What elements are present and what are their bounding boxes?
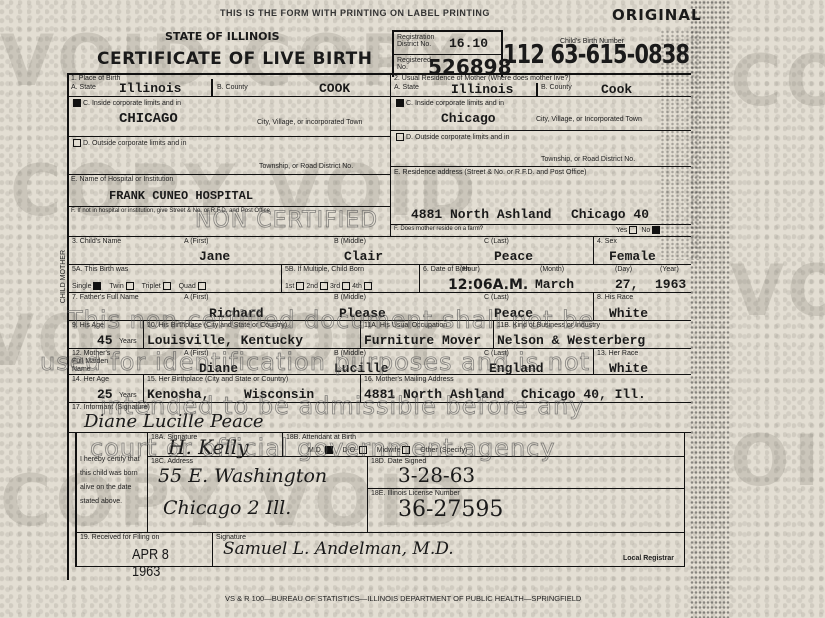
date-signed-value: 3-28-63 (398, 463, 475, 487)
mother-state-value: Illinois (451, 82, 513, 97)
birth-state-value: Illinois (119, 81, 181, 96)
mother-county-value: Cook (601, 82, 632, 97)
first-order-label: 1st (285, 283, 294, 290)
twin-checkbox[interactable] (126, 282, 134, 290)
state-title: STATE OF ILLINOIS (165, 30, 280, 43)
section-1-label: 1. Place of Birth (71, 75, 120, 82)
father-industry: Nelson & Westerberg (497, 333, 645, 348)
original-label: ORIGINAL (612, 6, 702, 24)
second-order-checkbox[interactable] (320, 282, 328, 290)
birth-year: 1963 (655, 277, 686, 292)
father-last-name: Peace (494, 306, 533, 321)
date-signed-cell: 18D. Date Signed 3-28-63 (368, 457, 685, 489)
state-label: A. State (71, 84, 96, 91)
quad-label: Quad (179, 283, 196, 290)
registration-box: Registration District No. 16.10 Register… (392, 30, 503, 77)
triplet-checkbox[interactable] (163, 282, 171, 290)
mother-name-row: 12. Mother's Full Maiden Name A (First) … (69, 349, 594, 375)
father-birthplace-label: 10. His Birthplace (City and State or Co… (147, 322, 287, 329)
last-label: C (Last) (484, 238, 509, 245)
single-checkbox[interactable] (93, 282, 101, 290)
birth-type-label: 5A. This Birth was (72, 266, 128, 273)
township-label: Township, or Road District No. (259, 163, 353, 170)
hour-label: (Hour) (460, 266, 480, 273)
years-label: Years (119, 338, 137, 345)
middle-label: B (Middle) (334, 238, 366, 245)
mother-first-name: Diane (199, 361, 238, 376)
section-2-label: 2. Usual Residence of Mother (Where does… (394, 75, 571, 82)
birth-month: March (535, 277, 574, 292)
middle-label: B (Middle) (334, 350, 366, 357)
first-label: A (First) (184, 294, 209, 301)
midwife-checkbox[interactable] (402, 446, 410, 454)
inside-limits-label: C. Inside corporate limits and in (83, 100, 181, 107)
hospital-label: E. Name of Hospital or Institution (71, 176, 173, 183)
mother-name-label: 12. Mother's Full Maiden Name (72, 350, 122, 374)
license-cell: 18E. Illinois License Number 36-27595 (368, 489, 685, 533)
not-in-hospital-label: F. If not in hospital or institution, gi… (71, 208, 270, 214)
hospital-row: E. Name of Hospital or Institution FRANK… (69, 175, 391, 207)
quad-checkbox[interactable] (198, 282, 206, 290)
years-label: Years (119, 392, 137, 399)
mother-address-city-value: Chicago 40 (571, 207, 649, 222)
third-order-label: 3rd (330, 283, 340, 290)
last-label: C (Last) (484, 350, 509, 357)
birth-city-value: CHICAGO (119, 111, 178, 127)
fourth-order-label: 4th (352, 283, 362, 290)
county-label: B. County (217, 84, 248, 91)
license-label: 18E. Illinois License Number (371, 490, 460, 497)
mother-inside-limits-checkbox[interactable] (396, 99, 404, 107)
address-label: 18C. Address (151, 458, 193, 465)
birth-hour: 12:06A.M. (448, 277, 528, 293)
mother-race-label: 13. Her Race (597, 350, 638, 357)
city-label: City, Village, or Incorporated Town (536, 116, 642, 123)
certificate-title: CERTIFICATE OF LIVE BIRTH (97, 49, 372, 69)
month-label: (Month) (540, 266, 564, 273)
certificate-form: 1. Place of Birth A. State Illinois B. C… (67, 73, 691, 580)
father-birthplace: Louisville, Kentucky (147, 333, 303, 348)
mother-race-cell: 13. Her Race White (594, 349, 691, 375)
father-middle-name: Please (339, 306, 386, 321)
mother-inside-limits-row: C. Inside corporate limits and in Chicag… (391, 97, 691, 131)
divider (536, 83, 538, 97)
midwife-label: Midwife (377, 447, 401, 454)
local-registrar-label: Local Registrar (623, 555, 674, 562)
child-middle-name: Clair (344, 249, 383, 264)
father-occupation-cell: 11A. His Usual Occupation Furniture Move… (361, 321, 494, 349)
mother-mailing-cell: 16. Mother's Mailing Address 4881 North … (361, 375, 691, 403)
registration-district-value: 16.10 (449, 36, 488, 51)
informant-signature: Diane Lucille Peace (84, 411, 264, 432)
father-race-label: 8. His Race (597, 294, 633, 301)
father-occupation-label: 11A. His Usual Occupation (364, 322, 447, 329)
outside-limits-checkbox[interactable] (73, 139, 81, 147)
inside-limits-label: C. Inside corporate limits and in (406, 100, 504, 107)
middle-label: B (Middle) (334, 294, 366, 301)
outside-limits-row: D. Outside corporate limits and in Towns… (69, 137, 391, 175)
mother-mailing-city: Chicago 40, Ill. (521, 387, 646, 402)
state-label: A. State (394, 84, 419, 91)
single-label: Single (72, 283, 91, 290)
county-label: B. County (541, 84, 572, 91)
fourth-order-checkbox[interactable] (364, 282, 372, 290)
date-of-birth-cell: 6. Date of Birth (Hour) (Month) (Day) (Y… (420, 265, 691, 293)
sex-label: 4. Sex (597, 238, 617, 245)
attendant-cell: 18B. Attendant at Birth M.D. D.O. Midwif… (283, 433, 685, 457)
child-first-name: Jane (199, 249, 230, 264)
father-industry-label: 11B. Kind of Business or Industry (497, 322, 600, 329)
physician-address-line2: Chicago 2 Ill. (163, 497, 291, 519)
father-name-row: 7. Father's Full Name A (First) B (Middl… (69, 293, 594, 321)
farm-yes-checkbox[interactable] (629, 226, 637, 234)
mother-address-row: E. Residence address (Street & No. or R.… (391, 167, 691, 225)
no-label: No (641, 227, 650, 234)
first-label: A (First) (184, 238, 209, 245)
mother-outside-limits-row: D. Outside corporate limits and in Towns… (391, 131, 691, 167)
received-date: APR 8 1963 (132, 546, 200, 580)
mother-birthplace-cell: 15. Her Birthplace (City and State or Co… (144, 375, 361, 403)
birth-number-value: 112 63-615-0838 (503, 40, 689, 70)
child-last-name: Peace (494, 249, 533, 264)
form-footer: VS & R 100—BUREAU OF STATISTICS—ILLINOIS… (225, 594, 581, 603)
twin-label: Twin (109, 283, 123, 290)
not-in-hospital-row: F. If not in hospital or institution, gi… (69, 207, 391, 237)
md-checkbox[interactable] (325, 446, 333, 454)
physician-signature-cell: 18A. Signature H. Kelly (148, 433, 283, 457)
year-label: (Year) (660, 266, 679, 273)
license-value: 36-27595 (398, 497, 503, 522)
side-label: CHILD MOTHER (60, 250, 67, 303)
inside-limits-row: C. Inside corporate limits and in CHICAG… (69, 97, 391, 137)
registrar-cell: Signature Samuel L. Andelman, M.D. Local… (213, 533, 685, 567)
hospital-value: FRANK CUNEO HOSPITAL (109, 189, 253, 203)
father-first-name: Richard (209, 306, 264, 321)
child-name-label: 3. Child's Name (72, 238, 121, 245)
father-age-cell: 9. His Age 45 Years (69, 321, 144, 349)
first-order-checkbox[interactable] (296, 282, 304, 290)
last-label: C (Last) (484, 294, 509, 301)
md-label: M.D. (308, 447, 323, 454)
second-order-label: 2nd (306, 283, 318, 290)
township-label: Township, or Road District No. (541, 156, 635, 163)
father-name-label: 7. Father's Full Name (72, 294, 139, 301)
top-line-text: THIS IS THE FORM WITH PRINTING ON LABEL … (220, 8, 490, 18)
birth-day: 27, (615, 277, 638, 292)
received-label: 19. Received for Filing on (80, 534, 159, 541)
inside-limits-checkbox[interactable] (73, 99, 81, 107)
farm-row: F. Does mother reside on a farm? Yes No (391, 225, 691, 237)
day-label: (Day) (615, 266, 632, 273)
city-label: City, Village, or incorporated Town (257, 119, 362, 126)
outside-limits-label: D. Outside corporate limits and in (83, 140, 187, 147)
registration-district-label: Registration District No. (397, 34, 437, 48)
mother-mailing-label: 16. Mother's Mailing Address (364, 376, 454, 383)
divider (211, 79, 213, 97)
multiple-birth-label: 5B. If Multiple, Child Born (285, 266, 364, 273)
mother-race: White (609, 361, 648, 376)
father-race: White (609, 306, 648, 321)
address-label: E. Residence address (Street & No. or R.… (394, 169, 586, 176)
physician-address-cell: 18C. Address 55 E. Washington Chicago 2 … (148, 457, 368, 533)
child-name-row: 3. Child's Name A (First) B (Middle) C (… (69, 237, 594, 265)
third-order-checkbox[interactable] (342, 282, 350, 290)
father-industry-cell: 11B. Kind of Business or Industry Nelson… (494, 321, 691, 349)
birth-type-cell: 5A. This Birth was Single Twin Triplet Q… (69, 265, 282, 293)
mother-last-name: England (489, 361, 544, 376)
first-label: A (First) (184, 350, 209, 357)
father-race-cell: 8. His Race White (594, 293, 691, 321)
certify-statement: I hereby certify that this child was bor… (80, 453, 146, 509)
do-label: D.O. (343, 447, 357, 454)
other-label: Other (Specify) (420, 447, 467, 454)
mother-birthplace-label: 15. Her Birthplace (City and State or Co… (147, 376, 288, 383)
father-age: 45 (97, 333, 113, 348)
mother-middle-name: Lucille (334, 361, 389, 376)
yes-label: Yes (616, 227, 627, 234)
farm-no-checkbox[interactable] (652, 226, 660, 234)
sex-cell: 4. Sex Female (594, 237, 691, 265)
mother-age-label: 14. Her Age (72, 376, 109, 383)
informant-label: 17. Informant (Signature) (72, 404, 150, 411)
child-sex: Female (609, 249, 656, 264)
attendant-label: 18B. Attendant at Birth (286, 434, 356, 441)
mother-age: 25 (97, 387, 113, 402)
father-age-label: 9. His Age (72, 322, 104, 329)
informant-row: 17. Informant (Signature) Diane Lucille … (69, 403, 691, 433)
physician-signature: H. Kelly (168, 435, 249, 459)
received-filing-cell: 19. Received for Filing on APR 8 1963 (75, 533, 213, 567)
multiple-birth-cell: 5B. If Multiple, Child Born 1st2nd3rd4th (282, 265, 420, 293)
triplet-label: Triplet (142, 283, 161, 290)
father-occupation: Furniture Mover (364, 333, 481, 348)
birth-county-value: COOK (319, 81, 350, 96)
certify-statement-cell: I hereby certify that this child was bor… (75, 433, 148, 533)
mother-age-cell: 14. Her Age 25 Years (69, 375, 144, 403)
mother-birthplace-city: Kenosha, (147, 387, 209, 402)
registrar-signature: Samuel L. Andelman, M.D. (223, 539, 454, 559)
mother-city-value: Chicago (441, 111, 496, 126)
physician-address-line1: 55 E. Washington (158, 465, 327, 487)
father-birthplace-cell: 10. His Birthplace (City and State or Co… (144, 321, 361, 349)
mother-birthplace-state: Wisconsin (244, 387, 314, 402)
mother-address-value: 4881 North Ashland (411, 207, 551, 222)
mother-mailing-address: 4881 North Ashland (364, 387, 504, 402)
registered-no-label: Registered No. (397, 57, 427, 71)
outside-limits-label: D. Outside corporate limits and in (406, 134, 510, 141)
farm-label: F. Does mother reside on a farm? (394, 226, 483, 232)
mother-outside-limits-checkbox[interactable] (396, 133, 404, 141)
do-checkbox[interactable] (359, 446, 367, 454)
mother-residence-state-row: 2. Usual Residence of Mother (Where does… (391, 75, 691, 97)
